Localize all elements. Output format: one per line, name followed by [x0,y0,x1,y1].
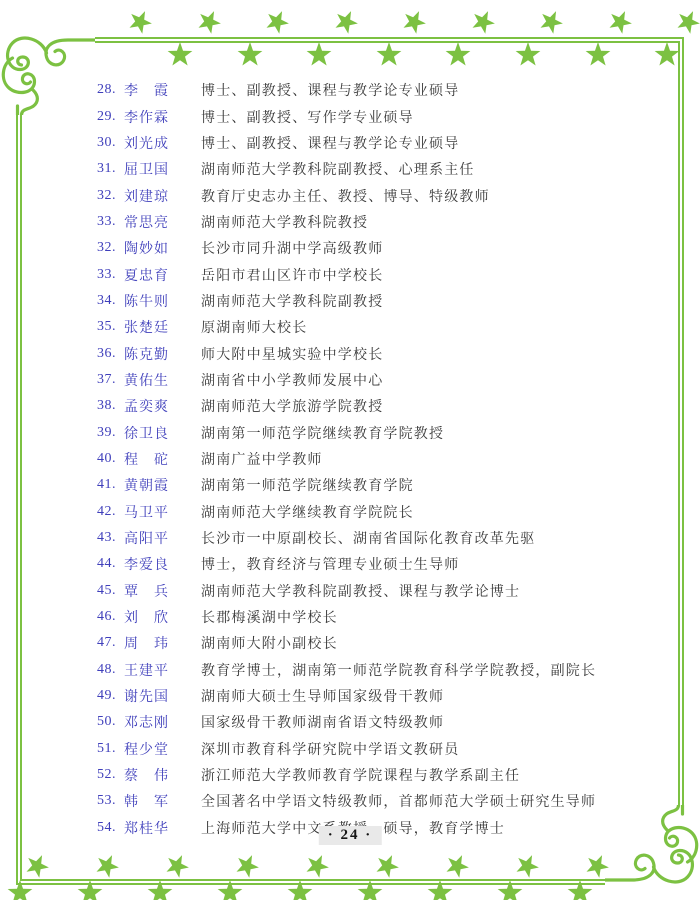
item-description: 深圳市教育科学研究院中学语文教研员 [201,739,459,759]
item-description: 湖南师范大学教科院副教授、心理系主任 [201,159,475,179]
item-description: 湖南师范大学教科院副教授 [201,291,383,311]
list-item: 34. 陈牛则 湖南师范大学教科院副教授 [97,288,680,314]
item-name: 常思亮 [124,212,172,232]
list-item: 43. 高阳平 长沙市一中原副校长、湖南省国际化教育改革先驱 [97,525,680,551]
list-item: 40. 程 砣 湖南广益中学教师 [97,446,680,472]
item-name: 屈卫国 [124,159,172,179]
list-item: 41. 黄朝霞 湖南第一师范学院继续教育学院 [97,472,680,498]
item-name: 张楚廷 [124,317,172,337]
item-name: 徐卫良 [124,423,172,443]
item-description: 教育学博士，湖南第一师范学院教育科学学院教授，副院长 [201,660,596,680]
item-number: 43. [97,530,124,546]
item-description: 长郡梅溪湖中学校长 [201,607,338,627]
item-name: 刘光成 [124,133,172,153]
item-name: 蔡 伟 [124,765,172,785]
list-item: 44. 李爱良 博士，教育经济与管理专业硕士生导师 [97,551,680,577]
item-name: 周 玮 [124,633,172,653]
star-icon [330,6,362,38]
list-item: 37. 黄佑生 湖南省中小学教师发展中心 [97,367,680,393]
item-name: 李作霖 [124,107,172,127]
item-description: 湖南广益中学教师 [201,449,323,469]
item-description: 湖南师范大学教科院副教授、课程与教学论博士 [201,581,520,601]
item-name: 陶妙如 [124,238,172,258]
item-number: 42. [97,504,124,520]
item-number: 31. [97,161,124,177]
item-description: 长沙市同升湖中学高级教师 [201,238,383,258]
item-number: 32. [97,240,124,256]
item-number: 53. [97,793,124,809]
item-name: 王建平 [124,660,172,680]
item-number: 36. [97,346,124,362]
item-name: 刘建琼 [124,186,172,206]
faculty-list: 28. 李 霞 博士、副教授、课程与教学论专业硕导 29. 李作霖 博士、副教授… [97,77,680,841]
item-name: 陈克勤 [124,344,172,364]
list-item: 48. 王建平 教育学博士，湖南第一师范学院教育科学学院教授，副院长 [97,657,680,683]
item-number: 33. [97,214,124,230]
list-item: 32. 刘建琼 教育厅史志办主任、教授、博导、特级教师 [97,182,680,208]
item-name: 郑桂华 [124,818,172,838]
list-item: 32. 陶妙如 长沙市同升湖中学高级教师 [97,235,680,261]
item-name: 谢先国 [124,686,172,706]
item-number: 44. [97,556,124,572]
list-item: 33. 常思亮 湖南师范大学教科院教授 [97,209,680,235]
item-number: 28. [97,82,124,98]
list-item: 30. 刘光成 博士、副教授、课程与教学论专业硕导 [97,130,680,156]
item-number: 33. [97,267,124,283]
list-item: 38. 孟奕爽 湖南师范大学旅游学院教授 [97,393,680,419]
item-description: 博士、副教授、课程与教学论专业硕导 [201,133,459,153]
list-item: 46. 刘 欣 长郡梅溪湖中学校长 [97,604,680,630]
item-description: 博士，教育经济与管理专业硕士生导师 [201,554,459,574]
item-description: 湖南师大附小副校长 [201,633,338,653]
list-item: 28. 李 霞 博士、副教授、课程与教学论专业硕导 [97,77,680,103]
item-description: 国家级骨干教师湖南省语文特级教师 [201,712,444,732]
list-item: 49. 谢先国 湖南师大硕士生导师国家级骨干教师 [97,683,680,709]
item-description: 博士、副教授、课程与教学论专业硕导 [201,80,459,100]
star-icon [193,6,225,38]
item-name: 程少堂 [124,739,172,759]
item-name: 孟奕爽 [124,396,172,416]
item-description: 湖南师范大学继续教育学院院长 [201,502,414,522]
list-item: 36. 陈克勤 师大附中星城实验中学校长 [97,340,680,366]
item-description: 湖南省中小学教师发展中心 [201,370,383,390]
item-description: 长沙市一中原副校长、湖南省国际化教育改革先驱 [201,528,535,548]
cloud-scroll-ornament-icon [0,20,95,115]
item-description: 全国著名中学语文特级教师，首都师范大学硕士研究生导师 [201,791,596,811]
item-description: 浙江师范大学教师教育学院课程与教学系副主任 [201,765,520,785]
item-number: 37. [97,372,124,388]
list-item: 39. 徐卫良 湖南第一师范学院继续教育学院教授 [97,419,680,445]
item-name: 刘 欣 [124,607,172,627]
item-number: 34. [97,293,124,309]
item-name: 邓志刚 [124,712,172,732]
item-description: 湖南第一师范学院继续教育学院 [201,475,414,495]
item-description: 教育厅史志办主任、教授、博导、特级教师 [201,186,490,206]
list-item: 51. 程少堂 深圳市教育科学研究院中学语文教研员 [97,736,680,762]
star-icon [124,6,156,38]
item-number: 46. [97,609,124,625]
item-name: 马卫平 [124,502,172,522]
list-item: 47. 周 玮 湖南师大附小副校长 [97,630,680,656]
list-item: 42. 马卫平 湖南师范大学继续教育学院院长 [97,499,680,525]
item-number: 50. [97,714,124,730]
item-number: 39. [97,425,124,441]
star-icon [261,6,293,38]
item-number: 54. [97,820,124,836]
item-number: 35. [97,319,124,335]
list-item: 54. 郑桂华 上海师范大学中文系教授，硕导，教育学博士 [97,815,680,841]
item-number: 45. [97,583,124,599]
item-number: 48. [97,662,124,678]
item-description: 湖南师范大学旅游学院教授 [201,396,383,416]
item-name: 程 砣 [124,449,172,469]
item-number: 47. [97,635,124,651]
list-item: 35. 张楚廷 原湖南师大校长 [97,314,680,340]
item-number: 40. [97,451,124,467]
star-icon [467,6,499,38]
item-name: 李爱良 [124,554,172,574]
item-name: 夏忠育 [124,265,172,285]
list-item: 33. 夏忠育 岳阳市君山区许市中学校长 [97,261,680,287]
item-number: 29. [97,109,124,125]
list-item: 53. 韩 军 全国著名中学语文特级教师，首都师范大学硕士研究生导师 [97,788,680,814]
item-number: 30. [97,135,124,151]
list-item: 31. 屈卫国 湖南师范大学教科院副教授、心理系主任 [97,156,680,182]
item-number: 38. [97,398,124,414]
item-description: 师大附中星城实验中学校长 [201,344,383,364]
item-name: 黄朝霞 [124,475,172,495]
item-name: 高阳平 [124,528,172,548]
item-name: 陈牛则 [124,291,172,311]
item-description: 湖南师大硕士生导师国家级骨干教师 [201,686,444,706]
page-number: · 24 · [319,826,382,845]
list-item: 29. 李作霖 博士、副教授、写作学专业硕导 [97,103,680,129]
item-number: 41. [97,477,124,493]
star-icon [604,6,636,38]
item-name: 韩 军 [124,791,172,811]
item-number: 49. [97,688,124,704]
item-name: 李 霞 [124,80,172,100]
star-icon [398,6,430,38]
item-name: 黄佑生 [124,370,172,390]
item-number: 51. [97,741,124,757]
item-description: 湖南师范大学教科院教授 [201,212,368,232]
star-icon [535,6,567,38]
item-number: 32. [97,188,124,204]
book-page: 28. 李 霞 博士、副教授、课程与教学论专业硕导 29. 李作霖 博士、副教授… [0,0,700,900]
item-number: 52. [97,767,124,783]
star-icon [672,6,700,38]
item-description: 湖南第一师范学院继续教育学院教授 [201,423,444,443]
item-description: 原湖南师大校长 [201,317,307,337]
item-name: 覃 兵 [124,581,172,601]
list-item: 52. 蔡 伟 浙江师范大学教师教育学院课程与教学系副主任 [97,762,680,788]
item-description: 岳阳市君山区许市中学校长 [201,265,383,285]
item-description: 博士、副教授、写作学专业硕导 [201,107,414,127]
list-item: 45. 覃 兵 湖南师范大学教科院副教授、课程与教学论博士 [97,578,680,604]
list-item: 50. 邓志刚 国家级骨干教师湖南省语文特级教师 [97,709,680,735]
